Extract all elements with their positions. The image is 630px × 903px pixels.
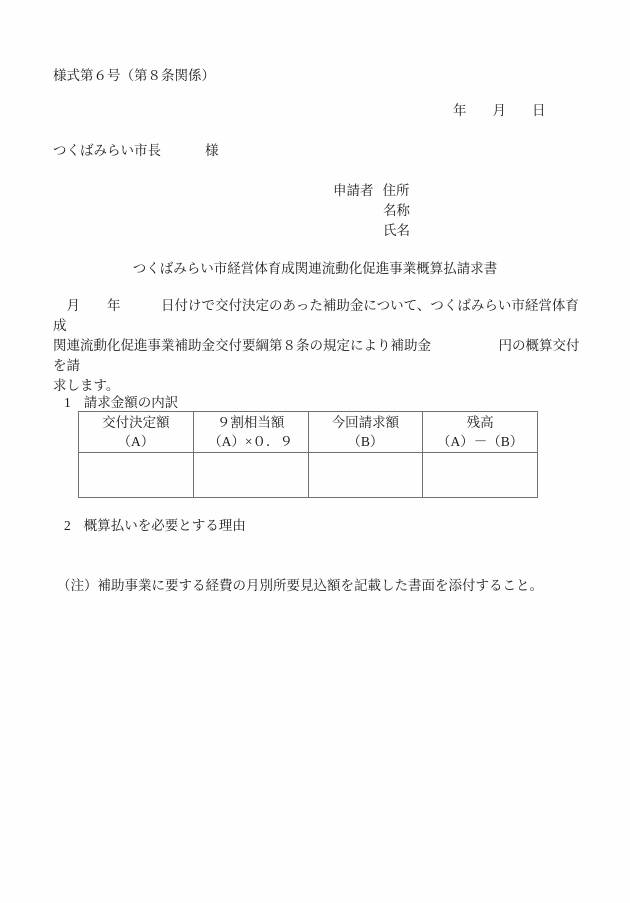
form-page: 様式第６号（第８条関係） 年 月 日 つくばみらい市長様 申請者住所 名称 氏名…: [0, 0, 630, 903]
date-year-label: 年: [453, 99, 467, 119]
section-2-number: 2: [64, 518, 71, 533]
body-paragraph: 月 年 日付けで交付決定のあった補助金について、つくばみらい市経営体育成 関連流…: [53, 296, 588, 396]
col-header-90-percent: ９割相当額 （A）×０．９: [193, 412, 308, 453]
col-header-balance: 残高 （A）－（B）: [423, 412, 538, 453]
cell-balance: [423, 453, 538, 498]
note-line: （注）補助事業に要する経費の月別所要見込額を記載した書面を添付すること。: [57, 574, 543, 594]
form-number: 様式第６号（第８条関係）: [53, 64, 215, 84]
section-2-heading: 2概算払いを必要とする理由: [64, 514, 246, 534]
body-line-1: 月 年 日付けで交付決定のあった補助金について、つくばみらい市経営体育成: [53, 296, 588, 336]
date-line: 年 月 日: [453, 99, 546, 119]
date-day-label: 日: [532, 99, 546, 119]
table-header-row: 交付決定額 （A） ９割相当額 （A）×０．９ 今回請求額 （B） 残高 （A）…: [79, 412, 538, 453]
applicant-field-person: 氏名: [333, 221, 410, 241]
addressee-line: つくばみらい市長様: [53, 139, 219, 159]
body-line-2: 関連流動化促進事業補助金交付要綱第８条の規定により補助金 円の概算交付を請: [53, 336, 588, 376]
applicant-field-name: 名称: [333, 201, 410, 221]
applicant-label: 申請者: [333, 183, 374, 198]
applicant-row-address: 申請者住所: [333, 181, 410, 201]
addressee-honorific: 様: [205, 143, 219, 158]
applicant-block: 申請者住所 名称 氏名: [333, 181, 410, 241]
section-2-title: 概算払いを必要とする理由: [84, 518, 246, 533]
section-1-heading: 1請求金額の内訳: [64, 391, 178, 411]
amount-breakdown-table: 交付決定額 （A） ９割相当額 （A）×０．９ 今回請求額 （B） 残高 （A）…: [78, 411, 538, 498]
addressee-name: つくばみらい市長: [53, 143, 161, 158]
table-value-row: [79, 453, 538, 498]
date-month-label: 月: [493, 99, 507, 119]
applicant-field-address: 住所: [383, 183, 410, 198]
col-header-grant-decided: 交付決定額 （A）: [79, 412, 194, 453]
col-header-current-request: 今回請求額 （B）: [308, 412, 423, 453]
section-1-number: 1: [64, 395, 71, 410]
section-1-title: 請求金額の内訳: [84, 395, 179, 410]
document-title: つくばみらい市経営体育成関連流動化促進事業概算払請求書: [0, 257, 630, 277]
cell-current-request: [308, 453, 423, 498]
cell-grant-decided: [79, 453, 194, 498]
cell-90-percent: [193, 453, 308, 498]
